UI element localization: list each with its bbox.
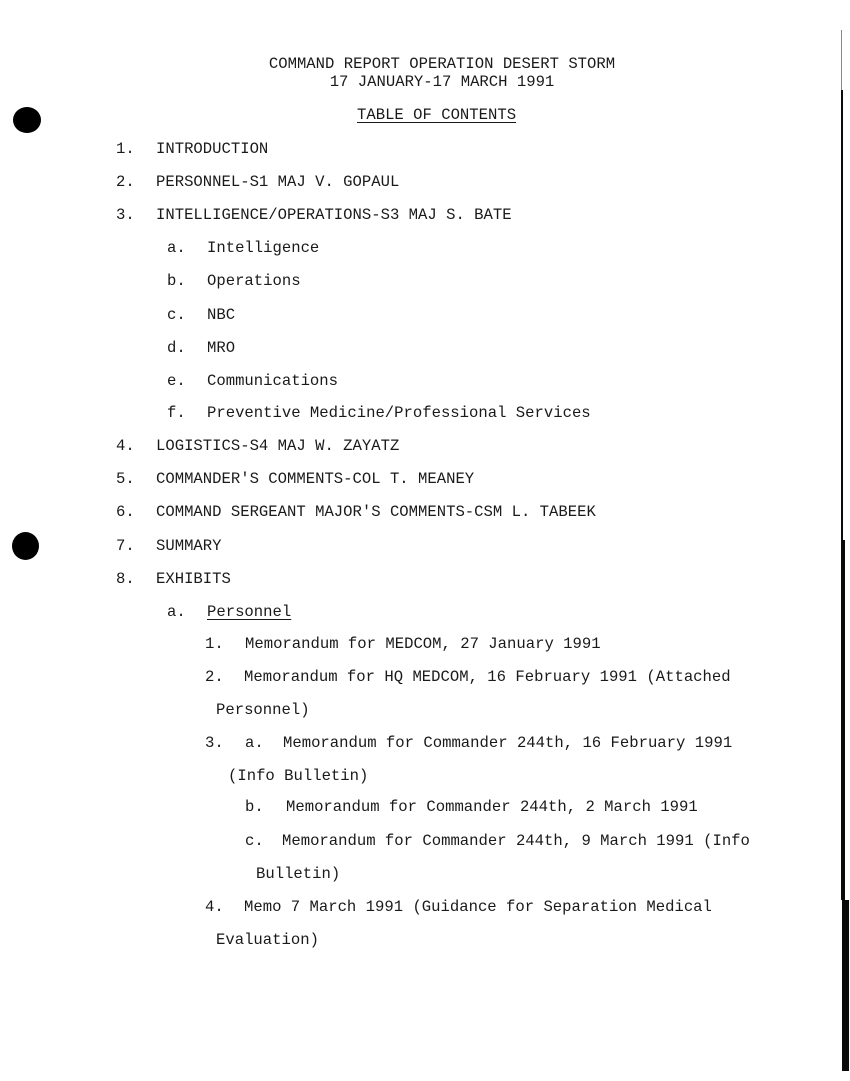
exhibit-entry-number: 3. (205, 734, 224, 752)
exhibit-part-wrap: Bulletin) (256, 865, 340, 883)
exhibit-entry-number: 4. (205, 898, 224, 916)
toc-subitem-letter: d. (167, 339, 186, 357)
toc-item-number: 5. (116, 470, 135, 488)
toc-item-commanders-comments: COMMANDER'S COMMENTS-COL T. MEANEY (156, 470, 474, 488)
exhibit-entry-memo-7mar: Memo 7 March 1991 (Guidance for Separati… (244, 898, 712, 916)
exhibit-entry-memo-hq-medcom: Memorandum for HQ MEDCOM, 16 February 19… (244, 668, 731, 686)
exhibit-entry-number: 2. (205, 668, 224, 686)
toc-subitem-letter: a. (167, 239, 186, 257)
toc-subitem-letter: f. (167, 404, 186, 422)
report-title: COMMAND REPORT OPERATION DESERT STORM (0, 55, 850, 73)
exhibit-part-letter: b. (245, 798, 264, 816)
punch-hole-top (13, 107, 41, 133)
scan-edge-bar (841, 540, 845, 900)
toc-subitem-preventive-medicine: Preventive Medicine/Professional Service… (207, 404, 591, 422)
toc-item-exhibits: EXHIBITS (156, 570, 231, 588)
toc-subitem-letter: b. (167, 272, 186, 290)
toc-item-introduction: INTRODUCTION (156, 140, 268, 158)
toc-subitem-mro: MRO (207, 339, 235, 357)
scan-edge-bar-bottom (842, 900, 849, 1071)
toc-item-number: 1. (116, 140, 135, 158)
toc-subitem-letter: e. (167, 372, 186, 390)
exhibit-part-letter: a. (245, 734, 264, 752)
exhibit-entry-number: 1. (205, 635, 224, 653)
scan-edge-line (841, 90, 843, 540)
toc-subitem-letter: a. (167, 603, 186, 621)
toc-heading: TABLE OF CONTENTS (357, 106, 516, 124)
exhibit-entry-wrap: Personnel) (216, 701, 310, 719)
toc-subitem-nbc: NBC (207, 306, 235, 324)
toc-subitem-operations: Operations (207, 272, 301, 290)
report-date-range: 17 JANUARY-17 MARCH 1991 (0, 73, 850, 91)
toc-item-logistics: LOGISTICS-S4 MAJ W. ZAYATZ (156, 437, 399, 455)
exhibit-part-memo-244th-16feb: Memorandum for Commander 244th, 16 Febru… (283, 734, 732, 752)
exhibit-part-letter: c. (245, 832, 264, 850)
toc-item-number: 2. (116, 173, 135, 191)
toc-subitem-communications: Communications (207, 372, 338, 390)
exhibit-part-wrap: (Info Bulletin) (228, 767, 368, 785)
exhibit-entry-wrap: Evaluation) (216, 931, 319, 949)
exhibit-entry-memo-medcom: Memorandum for MEDCOM, 27 January 1991 (245, 635, 601, 653)
exhibit-part-memo-244th-2mar: Memorandum for Commander 244th, 2 March … (286, 798, 698, 816)
toc-item-number: 8. (116, 570, 135, 588)
toc-item-csm-comments: COMMAND SERGEANT MAJOR'S COMMENTS-CSM L.… (156, 503, 596, 521)
exhibit-section-personnel: Personnel (207, 603, 291, 621)
exhibit-part-memo-244th-9mar: Memorandum for Commander 244th, 9 March … (282, 832, 750, 850)
toc-item-summary: SUMMARY (156, 537, 222, 555)
toc-item-intel-ops: INTELLIGENCE/OPERATIONS-S3 MAJ S. BATE (156, 206, 512, 224)
toc-item-number: 4. (116, 437, 135, 455)
toc-subitem-letter: c. (167, 306, 186, 324)
toc-item-personnel: PERSONNEL-S1 MAJ V. GOPAUL (156, 173, 399, 191)
toc-item-number: 3. (116, 206, 135, 224)
toc-item-number: 7. (116, 537, 135, 555)
toc-item-number: 6. (116, 503, 135, 521)
toc-subitem-intelligence: Intelligence (207, 239, 319, 257)
punch-hole-middle (12, 532, 39, 560)
